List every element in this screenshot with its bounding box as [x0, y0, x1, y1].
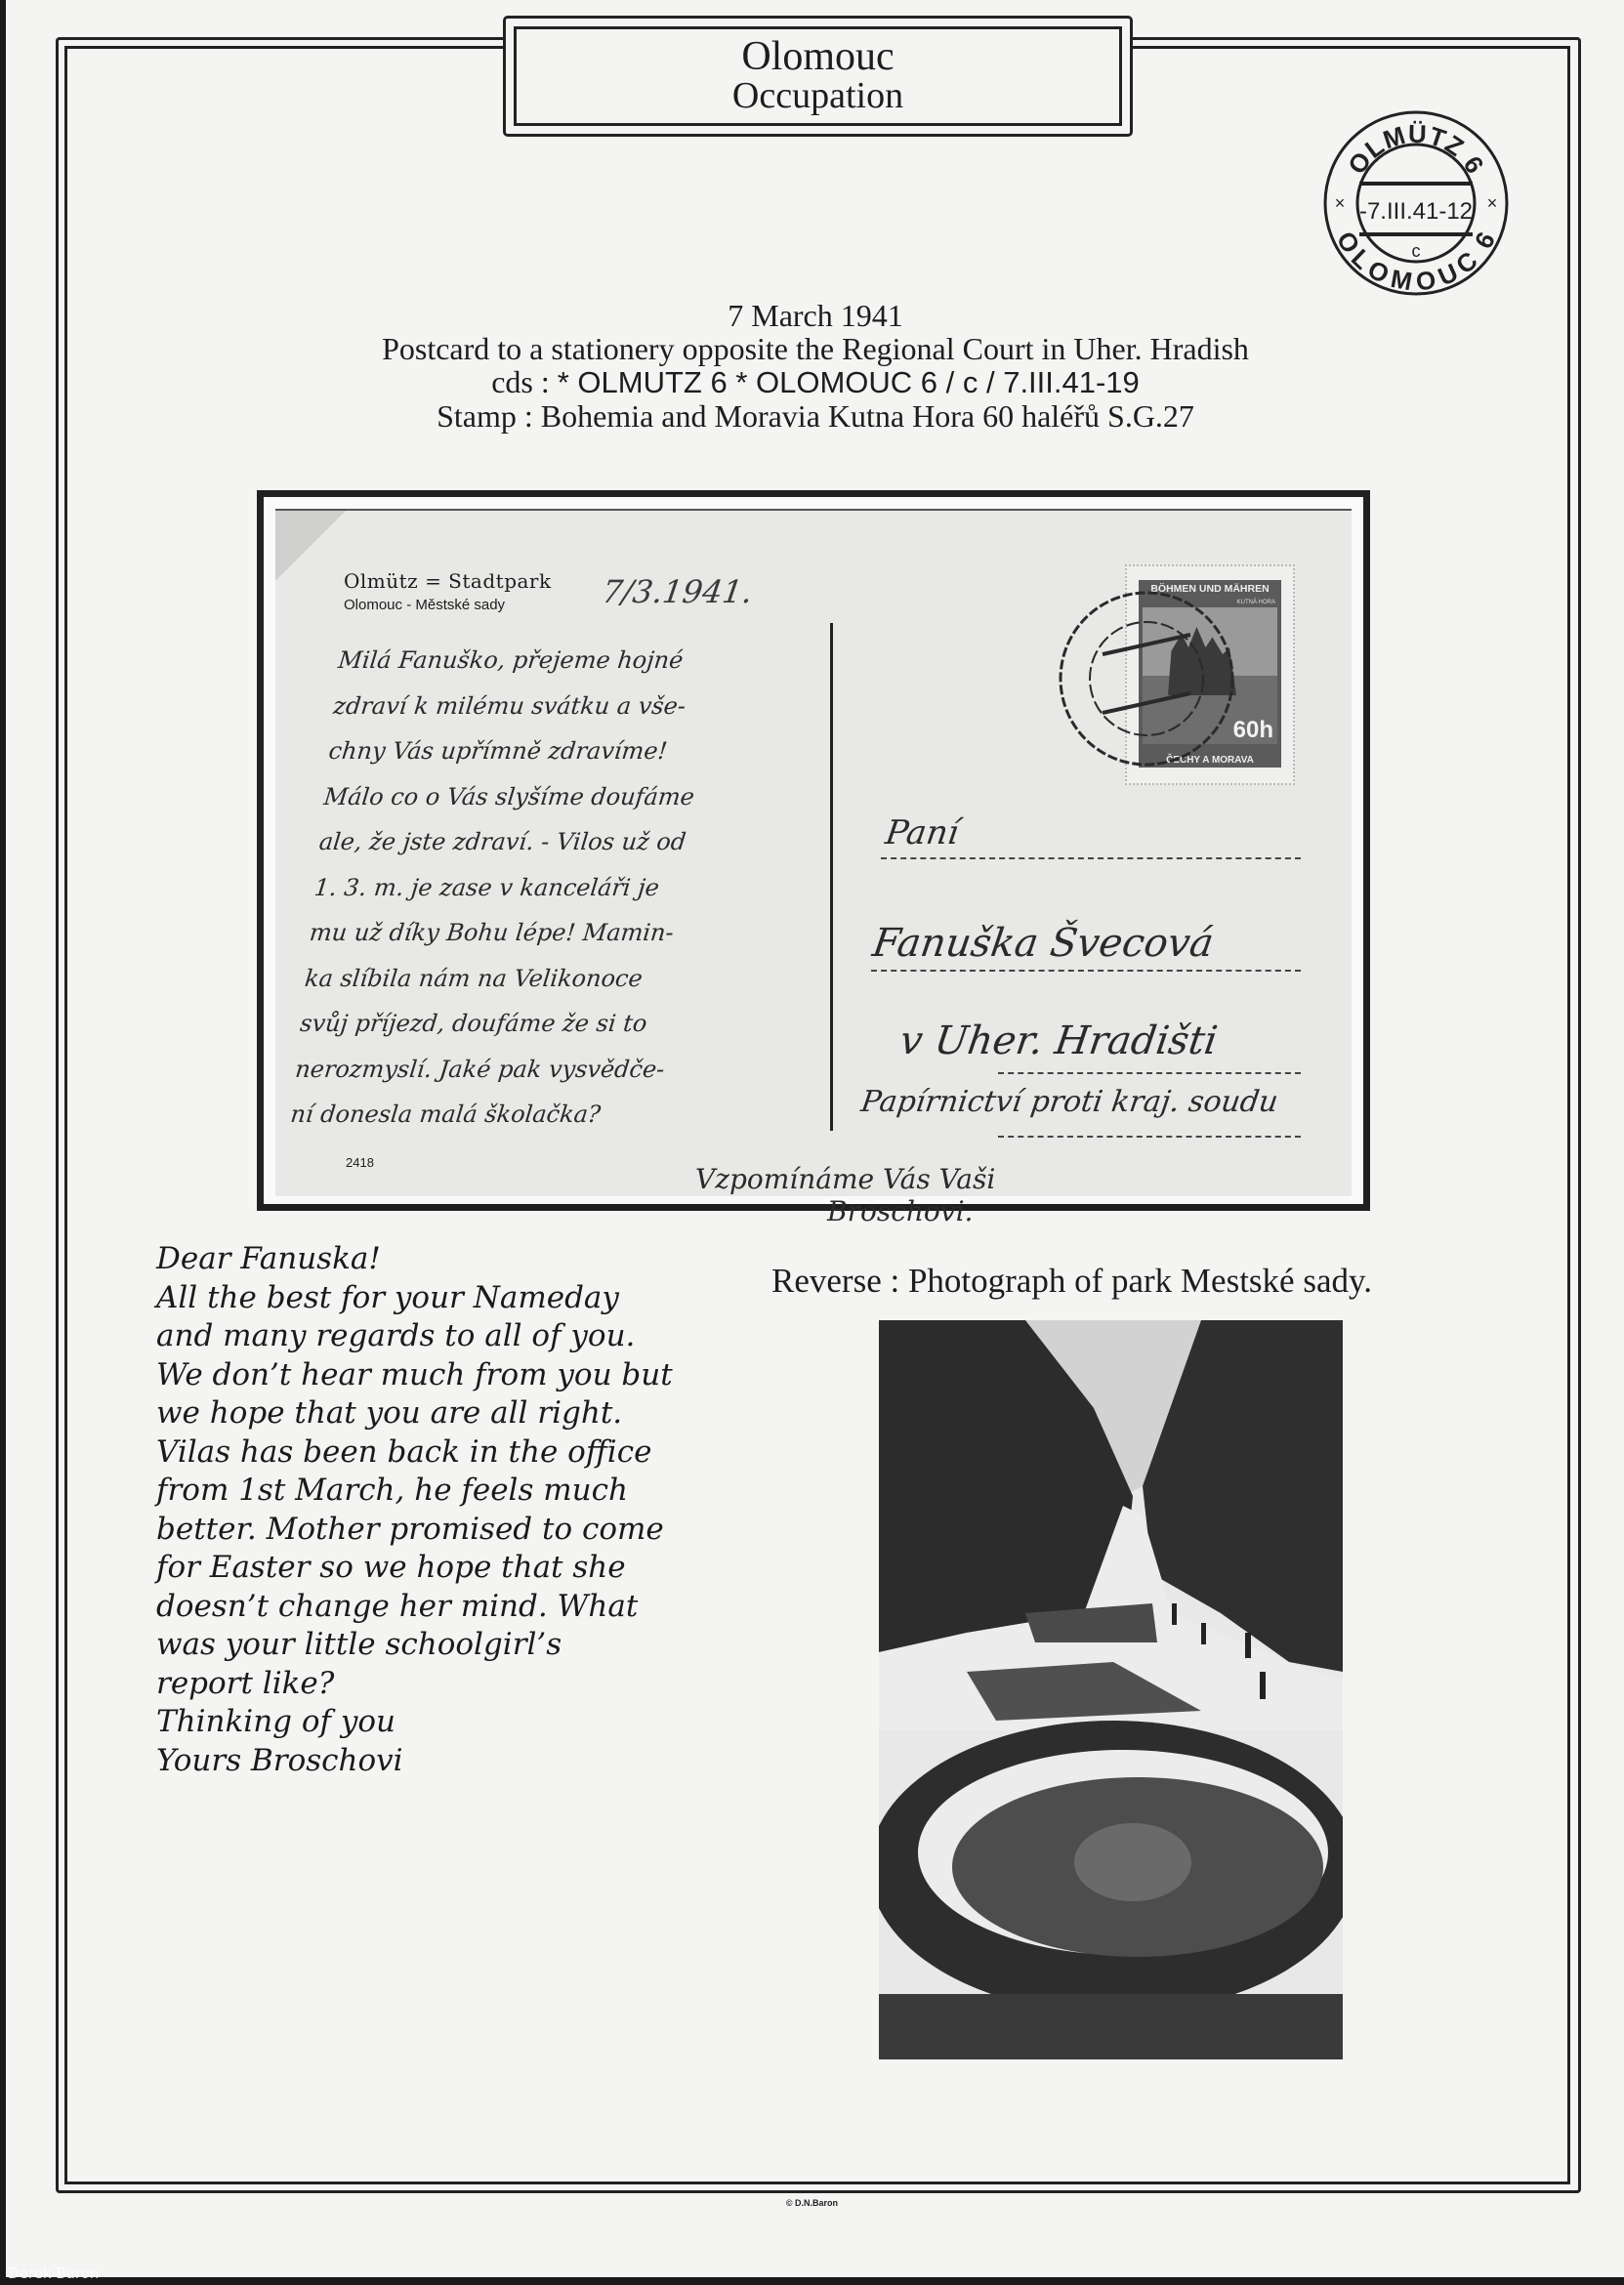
address-line [881, 857, 1301, 859]
postcard-mount: Olmütz = Stadtpark Olomouc - Městské sad… [257, 490, 1370, 1211]
translation-line: for Easter so we hope that she [156, 1549, 781, 1588]
postmark-icon [1054, 586, 1239, 771]
caption-description: Postcard to a stationery opposite the Re… [234, 332, 1396, 365]
postcard-header: Olmütz = Stadtpark Olomouc - Městské sad… [344, 569, 552, 613]
stamp-place-text: KUTNÁ HORA [1237, 600, 1275, 605]
translation-line: was your little schoolgirl’s [156, 1626, 781, 1665]
page-title: Olomouc [741, 37, 894, 76]
message-line: Milá Fanuško, přejeme hojné [336, 638, 849, 684]
address-name: Fanuška Švecová [870, 921, 1217, 966]
translation-line: from 1st March, he feels much [156, 1472, 781, 1511]
address-line [871, 970, 1301, 972]
cds-date: -7.III.41-12 [1359, 198, 1473, 225]
message-line: mu už díky Bohu lépe! Mamin- [308, 910, 820, 956]
message-line: Málo co o Vás slyšíme doufáme [321, 774, 834, 820]
reverse-caption: Reverse : Photograph of park Mestské sad… [771, 1262, 1372, 1301]
message-line: 1. 3. m. je zase v kanceláři je [312, 865, 825, 911]
message-line: nerozmyslí. Jaké pak vysvědče- [293, 1047, 806, 1093]
translation-line: we hope that you are all right. [156, 1394, 781, 1433]
address-street: Papírnictví proti kraj. soudu [859, 1085, 1281, 1119]
message-line: ní donesla malá školačka? [288, 1092, 801, 1138]
translation-line: We don’t hear much from you but [156, 1356, 781, 1395]
translation-line: All the best for your Nameday [156, 1279, 781, 1318]
translation-line: better. Mother promised to come [156, 1511, 781, 1550]
postcard-header-sub: Olomouc - Městské sady [344, 597, 552, 613]
caption-cds: cds : * OLMUTZ 6 * OLOMOUC 6 / c / 7.III… [234, 365, 1396, 399]
postcard-card-number: 2418 [346, 1155, 374, 1170]
cds-illustration: OLMÜTZ 6 OLOMOUC 6 -7.III.41-12 c × × [1318, 105, 1514, 301]
postcard-signature: Vzpomínáme Vás Vaši Broschovi. [695, 1163, 995, 1227]
cds-separator-icon: × [1335, 193, 1346, 213]
caption-block: 7 March 1941 Postcard to a stationery op… [234, 299, 1396, 433]
cds-separator-icon: × [1487, 193, 1498, 213]
scan-edge [0, 0, 6, 2285]
translation-line: and many regards to all of you. [156, 1317, 781, 1356]
address-salutation: Paní [883, 813, 961, 852]
postcard-signature-name: Broschovi. [827, 1195, 995, 1227]
message-line: ale, že jste zdraví. - Vilos už od [316, 819, 829, 865]
photo-corner-icon [275, 511, 346, 581]
translation-line: Thinking of you [156, 1703, 781, 1742]
postcard-closing: Vzpomínáme Vás Vaši [695, 1163, 995, 1195]
page-title-box: Olomouc Occupation [503, 16, 1133, 137]
address-town: v Uher. Hradišti [897, 1018, 1221, 1063]
watermark: Derek Baron [8, 2264, 99, 2282]
translation-line: Yours Broschovi [156, 1742, 781, 1781]
translation-text: Dear Fanuska!All the best for your Named… [156, 1240, 781, 1780]
postcard-handwritten-date: 7/3.1941. [600, 573, 755, 610]
caption-stamp: Stamp : Bohemia and Moravia Kutna Hora 6… [234, 399, 1396, 433]
page-subtitle: Occupation [732, 76, 903, 115]
address-line [998, 1072, 1301, 1074]
translation-line: doesn’t change her mind. What [156, 1588, 781, 1627]
copyright: © D.N.Baron [0, 2198, 1624, 2208]
translation-line: Dear Fanuska! [156, 1240, 781, 1279]
message-line: chny Vás upřímně zdravíme! [326, 728, 839, 774]
message-line: svůj příjezd, doufáme že si to [298, 1001, 811, 1047]
caption-date: 7 March 1941 [234, 299, 1396, 332]
translation-line: report like? [156, 1665, 781, 1704]
postage-stamp: BÖHMEN UND MÄHREN KUTNÁ HORA 60h ČECHY A… [1125, 564, 1295, 785]
scan-edge [0, 2277, 1624, 2285]
park-photograph [879, 1320, 1343, 2059]
message-line: zdraví k milému svátku a vše- [331, 684, 844, 729]
caption-cds-label: cds : [491, 364, 558, 399]
address-line [998, 1136, 1301, 1138]
cds-letter: c [1412, 241, 1421, 261]
postcard-header-gothic: Olmütz = Stadtpark [344, 569, 552, 593]
caption-cds-value: * OLMUTZ 6 * OLOMOUC 6 / c / 7.III.41-19 [558, 365, 1140, 399]
postcard-image: Olmütz = Stadtpark Olomouc - Městské sad… [275, 509, 1352, 1196]
postcard-message: Milá Fanuško, přejeme hojnézdraví k milé… [288, 638, 849, 1138]
translation-line: Vilas has been back in the office [156, 1433, 781, 1473]
message-line: ka slíbila nám na Velikonoce [303, 956, 815, 1002]
